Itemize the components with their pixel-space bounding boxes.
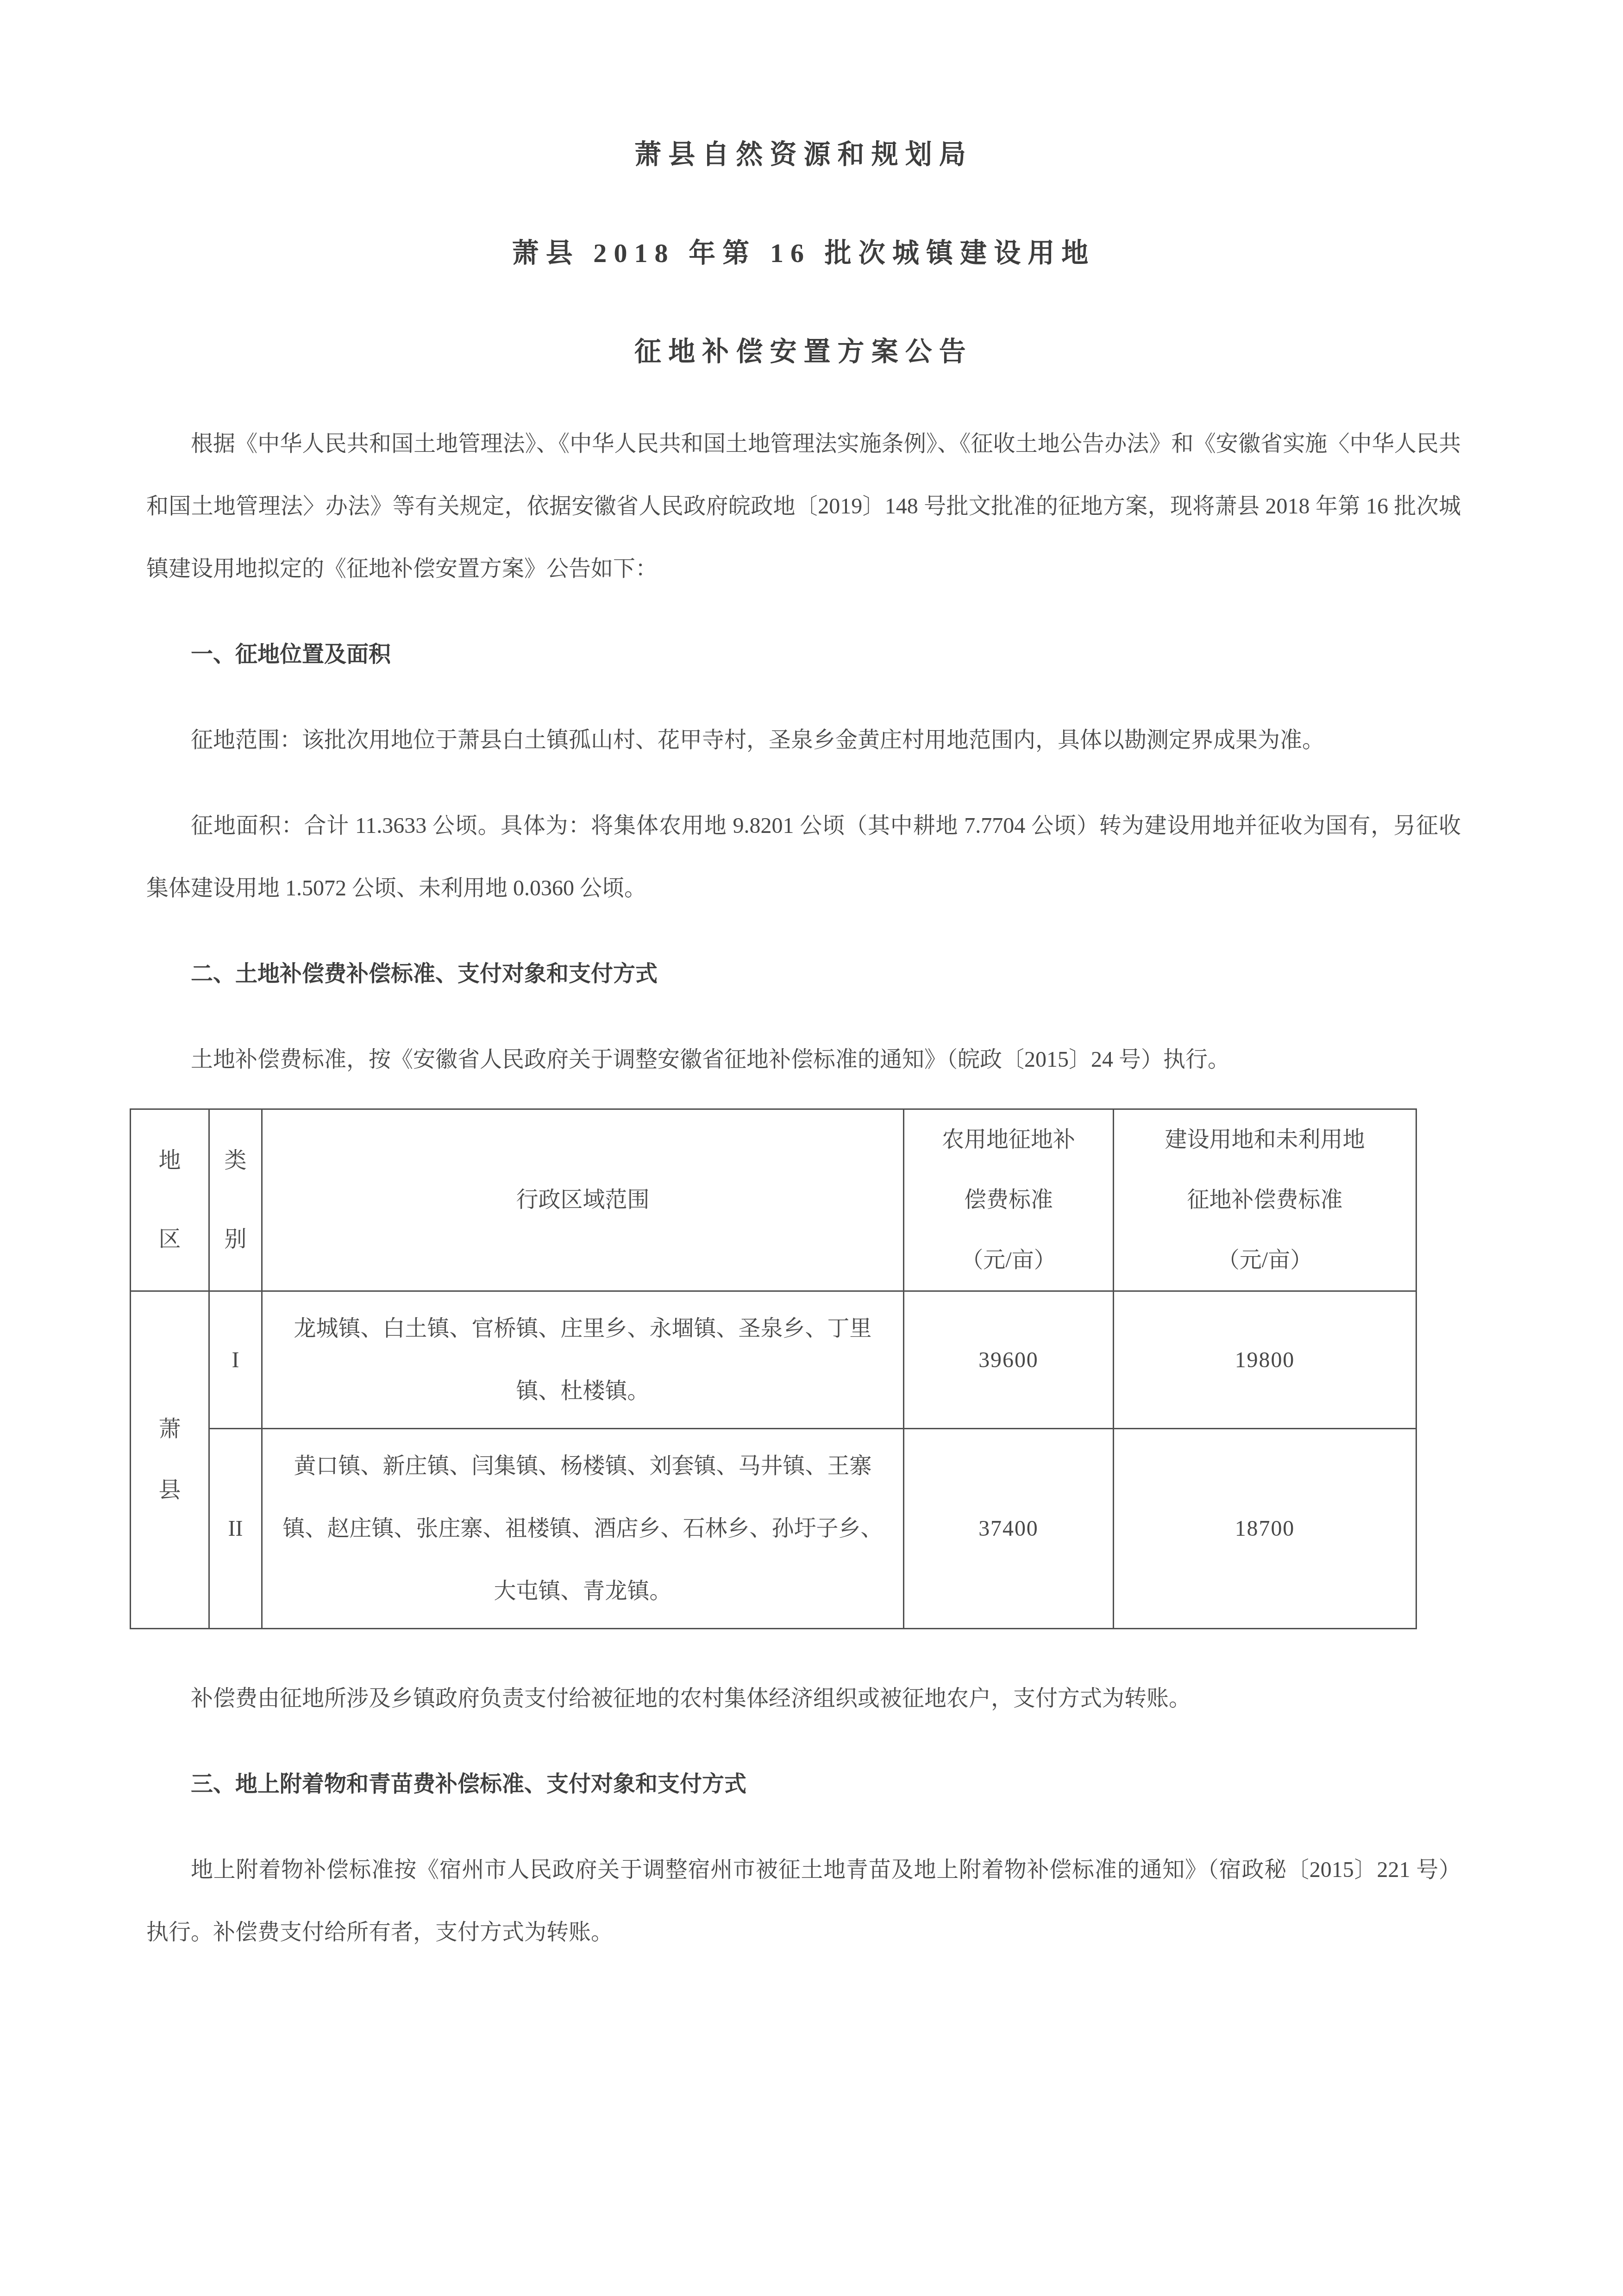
scanned-announcement-page: { "page": { "background": "#ffffff", "in… <box>0 0 1623 2296</box>
doc-title-subject: 征地补偿安置方案公告 <box>146 332 1461 372</box>
intro-paragraph: 根据《中华人民共和国土地管理法》、《中华人民共和国土地管理法实施条例》、《征收土… <box>146 413 1461 600</box>
category-2-cell: II <box>209 1429 262 1629</box>
compensation-standard-table: 地区 类别 行政区域范围 农用地征地补偿费标准（元/亩） 建设用地和未利用地征地… <box>130 1108 1417 1629</box>
doc-title-agency: 萧县自然资源和规划局 <box>146 134 1461 175</box>
column-header-farmland-standard: 农用地征地补偿费标准（元/亩） <box>904 1109 1114 1291</box>
table-row-category-2: II 黄口镇、新庄镇、闫集镇、杨楼镇、刘套镇、马井镇、王寨镇、赵庄镇、张庄寨、祖… <box>131 1429 1416 1629</box>
category-2-scope-cell: 黄口镇、新庄镇、闫集镇、杨楼镇、刘套镇、马井镇、王寨镇、赵庄镇、张庄寨、祖楼镇、… <box>262 1429 904 1629</box>
section1-heading: 一、征地位置及面积 <box>146 623 1461 686</box>
region-value: 萧县 <box>157 1399 182 1521</box>
column-header-scope: 行政区域范围 <box>262 1109 904 1291</box>
table-row-category-1: 萧县 I 龙城镇、白土镇、官桥镇、庄里乡、永堌镇、圣泉乡、丁里镇、杜楼镇。 39… <box>131 1291 1416 1429</box>
section1-paragraph-area: 征地面积：合计 11.3633 公顷。具体为：将集体农用地 9.8201 公顷（… <box>146 795 1461 920</box>
column-header-region: 地区 <box>131 1109 209 1291</box>
column-header-category: 类别 <box>209 1109 262 1291</box>
category-1-farmland-standard-cell: 39600 <box>904 1291 1114 1429</box>
column-header-construction-standard: 建设用地和未利用地征地补偿费标准（元/亩） <box>1114 1109 1416 1291</box>
section2-heading: 二、土地补偿费补偿标准、支付对象和支付方式 <box>146 943 1461 1005</box>
section3-paragraph-standard: 地上附着物补偿标准按《宿州市人民政府关于调整宿州市被征土地青苗及地上附着物补偿标… <box>146 1839 1461 1964</box>
announcement-document: 萧县自然资源和规划局 萧县 2018 年第 16 批次城镇建设用地 征地补偿安置… <box>0 0 1623 2296</box>
region-cell: 萧县 <box>131 1291 209 1629</box>
category-1-scope-cell: 龙城镇、白土镇、官桥镇、庄里乡、永堌镇、圣泉乡、丁里镇、杜楼镇。 <box>262 1291 904 1429</box>
section2-paragraph-standard: 土地补偿费标准，按《安徽省人民政府关于调整安徽省征地补偿标准的通知》（皖政〔20… <box>146 1028 1461 1091</box>
category-2-construction-standard-cell: 18700 <box>1114 1429 1416 1629</box>
category-2-farmland-standard-cell: 37400 <box>904 1429 1114 1629</box>
section2-paragraph-payment: 补偿费由征地所涉及乡镇政府负责支付给被征地的农村集体经济组织或被征地农户，支付方… <box>146 1667 1461 1730</box>
category-1-construction-standard-cell: 19800 <box>1114 1291 1416 1429</box>
column-header-category-label: 类别 <box>223 1121 248 1279</box>
category-1-cell: I <box>209 1291 262 1429</box>
table-header-row: 地区 类别 行政区域范围 农用地征地补偿费标准（元/亩） 建设用地和未利用地征地… <box>131 1109 1416 1291</box>
section1-paragraph-scope: 征地范围：该批次用地位于萧县白土镇孤山村、花甲寺村，圣泉乡金黄庄村用地范围内，具… <box>146 709 1461 771</box>
section3-heading: 三、地上附着物和青苗费补偿标准、支付对象和支付方式 <box>146 1753 1461 1815</box>
doc-title-batch: 萧县 2018 年第 16 批次城镇建设用地 <box>146 233 1461 273</box>
column-header-region-label: 地区 <box>157 1121 182 1279</box>
